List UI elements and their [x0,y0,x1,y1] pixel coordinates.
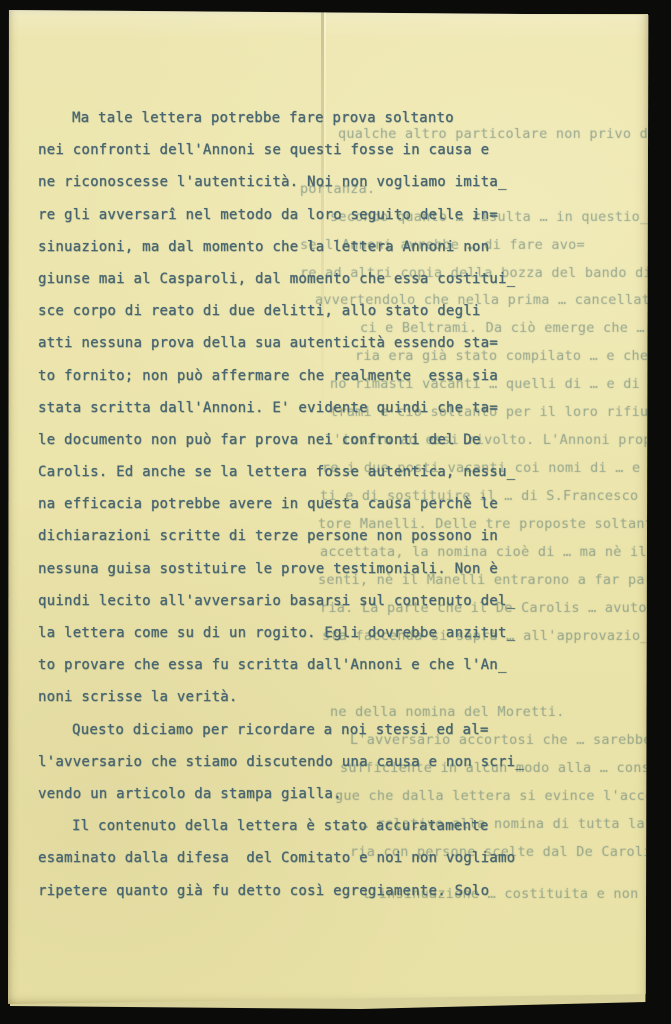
text-line: noni scrisse la verità. [38,681,628,713]
text-line: le documento non può far prova nei confr… [38,424,628,456]
text-line: na efficacia potrebbe avere in questa ca… [38,488,628,520]
text-line: nei confronti dell'Annoni se questi foss… [38,134,628,166]
text-line: ripetere quanto già fu detto così egregi… [38,875,628,907]
paper-sheet: qualche altro particolare non privo di i… [8,10,649,1005]
text-line: Questo diciamo per ricordare a noi stess… [38,714,628,746]
text-line: dichiarazioni scritte di terze persone n… [38,520,628,552]
text-line: nessuna guisa sostituire le prove testim… [38,553,628,585]
text-line: quindi lecito all'avversario basarsi sul… [38,585,628,617]
text-line: ne riconoscesse l'autenticità. Noi non v… [38,166,628,198]
text-line: Il contenuto della lettera è stato accur… [38,810,628,842]
text-line: Ma tale lettera potrebbe fare prova solt… [38,102,628,134]
text-line: la lettera come su di un rogito. Egli do… [38,617,628,649]
text-line: sinuazioni, ma dal momento che la letter… [38,231,628,263]
text-line: to provare che essa fu scritta dall'Anno… [38,649,628,681]
typewritten-text: Ma tale lettera potrebbe fare prova solt… [38,102,628,907]
text-line: re gli avversarî nel metodo da loro segu… [38,199,628,231]
text-line: vendo un articolo da stampa gialla. [38,778,628,810]
text-line: sce corpo di reato di due delitti, allo … [38,295,628,327]
text-line: giunse mai al Casparoli, dal momento che… [38,263,628,295]
text-line: Carolis. Ed anche se la lettera fosse au… [38,456,628,488]
text-line: stata scritta dall'Annoni. E' evidente q… [38,392,628,424]
text-line: esaminato dalla difesa del Comitato e no… [38,842,628,874]
scanned-document: qualche altro particolare non privo di i… [0,0,671,1024]
text-line: atti nessuna prova della sua autenticità… [38,327,628,359]
text-line: to fornito; non può affermare che realme… [38,360,628,392]
text-line: l'avversario che stiamo discutendo una c… [38,746,628,778]
